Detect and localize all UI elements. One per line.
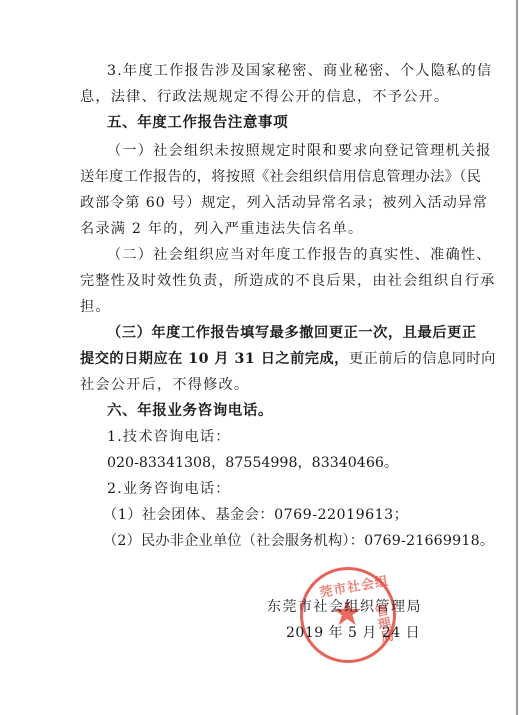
paragraph-line-mixed: 提交的日期应在 10 月 31 日之前完成，更正前后的信息同时向 (80, 346, 496, 372)
business-consult-label: 2.业务咨询电话： (107, 476, 231, 502)
tech-consult-label: 1.技术咨询电话： (107, 424, 231, 450)
signature-organization: 东莞市社会组织管理局 (267, 596, 422, 616)
paragraph-line: 3.年度工作报告涉及国家秘密、商业秘密、个人隐私的信 (107, 58, 492, 84)
paragraph-line: （二）社会组织应当对年度工作报告的真实性、准确性、 (107, 242, 492, 268)
signature-date: 2019 年 5 月 24 日 (286, 622, 420, 642)
paragraph-line: 送年度工作报告的，将按照《社会组织信用信息管理办法》（民 (80, 164, 481, 190)
paragraph-line: 担。 (80, 294, 111, 320)
paragraph-line: 名录满 2 年的，列入严重违法失信名单。 (80, 216, 363, 242)
paragraph-line: 社会公开后，不得修改。 (80, 372, 249, 398)
business-consult-phone-1: （1）社会团体、基金会：0769-22019613； (103, 502, 408, 528)
business-consult-phone-2: （2）民办非企业单位（社会服务机构）：0769-21669918。 (103, 528, 494, 554)
deadline-text: 提交的日期应在 10 月 31 日之前完成， (80, 351, 349, 367)
section-heading-6: 六、年报业务咨询电话。 (107, 398, 273, 424)
paragraph-line: 完整性及时效性负责，所造成的不良后果，由社会组织自行承 (80, 268, 495, 294)
paragraph-text: 更正前后的信息同时向 (349, 351, 496, 367)
paragraph-line: 政部令第 60 号）规定，列入活动异常名录；被列入活动异常 (80, 190, 488, 216)
paragraph-line: 息，法律、行政法规规定不得公开的信息，不予公开。 (80, 84, 449, 110)
paragraph-line: （一）社会组织未按照规定时限和要求向登记管理机关报 (107, 138, 492, 164)
page-edge (516, 0, 518, 715)
section-heading-5: 五、年度工作报告注意事项 (107, 110, 288, 136)
paragraph-line-bold: （三）年度工作报告填写最多撤回更正一次，且最后更正 (107, 320, 477, 346)
tech-consult-phones: 020-83341308，87554998，83340466。 (107, 450, 398, 476)
